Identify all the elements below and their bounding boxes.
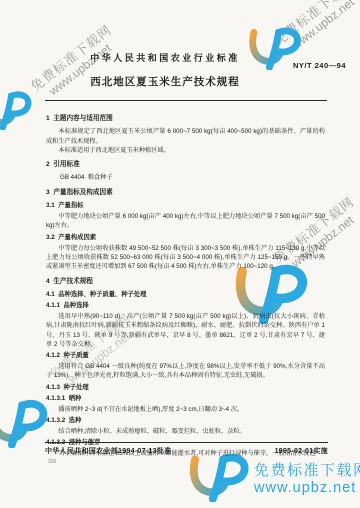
- paragraph-seed-sorting: 结合晒种,清除小粒、未成熟瘪粒、破粒、霉变烂粒、虫蛀粒、杂粒。: [46, 427, 325, 436]
- subsection-heading-4-1-3-2: 4.1.3.2 选种: [46, 416, 325, 425]
- standard-number: NY/T 240—94: [293, 61, 346, 70]
- section-heading-1: 1 主题内容与适用范围: [46, 114, 325, 123]
- subsection-heading-4-1-2: 4.1.2 种子质量: [46, 351, 325, 360]
- paragraph-sun-drying: 播前晒种 2~3 d(不宜在水泥地板上晒),厚度 2~3 cm,日翻动 3~4 …: [46, 405, 325, 414]
- implementation-date: 1995-02-01实施: [275, 446, 328, 456]
- section-heading-4: 4 生产技术规程: [46, 277, 325, 286]
- subsection-heading-4-1-1: 4.1.1 品种选择: [46, 301, 325, 310]
- header-divider: [45, 100, 327, 101]
- subsection-heading-4-1-3: 4.1.3 种子处理: [46, 383, 325, 392]
- paragraph-variety-selection: 选用早中熟(90~110 d)、高产(公顷产量 7 500 kg(亩产 500 …: [46, 312, 325, 349]
- paragraph-seed-quality: 选用符合 GB 4404 一级良种(纯度在 97%以上,净度在 98%以上,发芽…: [46, 362, 325, 381]
- subsection-heading-3-1: 3.1 产量指标: [46, 201, 325, 210]
- page-title: 西北地区夏玉米生产技术规程: [42, 74, 288, 89]
- subsection-heading-3-2: 3.2 产量构成因素: [46, 233, 325, 242]
- paragraph-yield-target: 中等肥力地块公顷产量 6 000 kg(亩产 400 kg)左右,中等以上肥力地…: [46, 212, 325, 231]
- section-heading-3: 3 产量指标及构成因素: [46, 188, 325, 197]
- document-body: 1 主题内容与适用范围 本标准规定了西北地区夏玉米公顷产量 6 000~7 50…: [46, 109, 325, 458]
- standard-document-page: 免费标准下载网 www.upbz.net 免费标准下载网 www.upbz.ne…: [0, 0, 360, 508]
- page-number: 306: [48, 459, 56, 465]
- referenced-standard-item: GB 4404 粮食种子: [60, 173, 325, 182]
- subsection-heading-4-1: 4.1 品种选择、种子质量、种子处理: [46, 290, 325, 299]
- footer-divider: [45, 442, 328, 443]
- section-heading-2: 2 引用标准: [46, 160, 325, 169]
- paragraph-scope-1: 本标准规定了西北地区夏玉米公顷产量 6 000~7 500 kg(每亩 400~…: [46, 127, 325, 146]
- paragraph-scope-2: 本标准适用于西北地区夏玉米种植区域。: [46, 146, 325, 155]
- standard-category-label: 中华人民共和国农业行业标准: [42, 51, 288, 64]
- approval-statement: 中华人民共和国农业部1994-07-13批准: [45, 446, 171, 456]
- paragraph-yield-components: 中等肥力每公顷收获株数 49 500~52 500 株(每亩 3 300~3 5…: [46, 244, 325, 272]
- subsection-heading-4-1-3-1: 4.1.3.1 晒种: [46, 394, 325, 403]
- document-content: 中华人民共和国农业行业标准 NY/T 240—94 西北地区夏玉米生产技术规程 …: [0, 0, 360, 508]
